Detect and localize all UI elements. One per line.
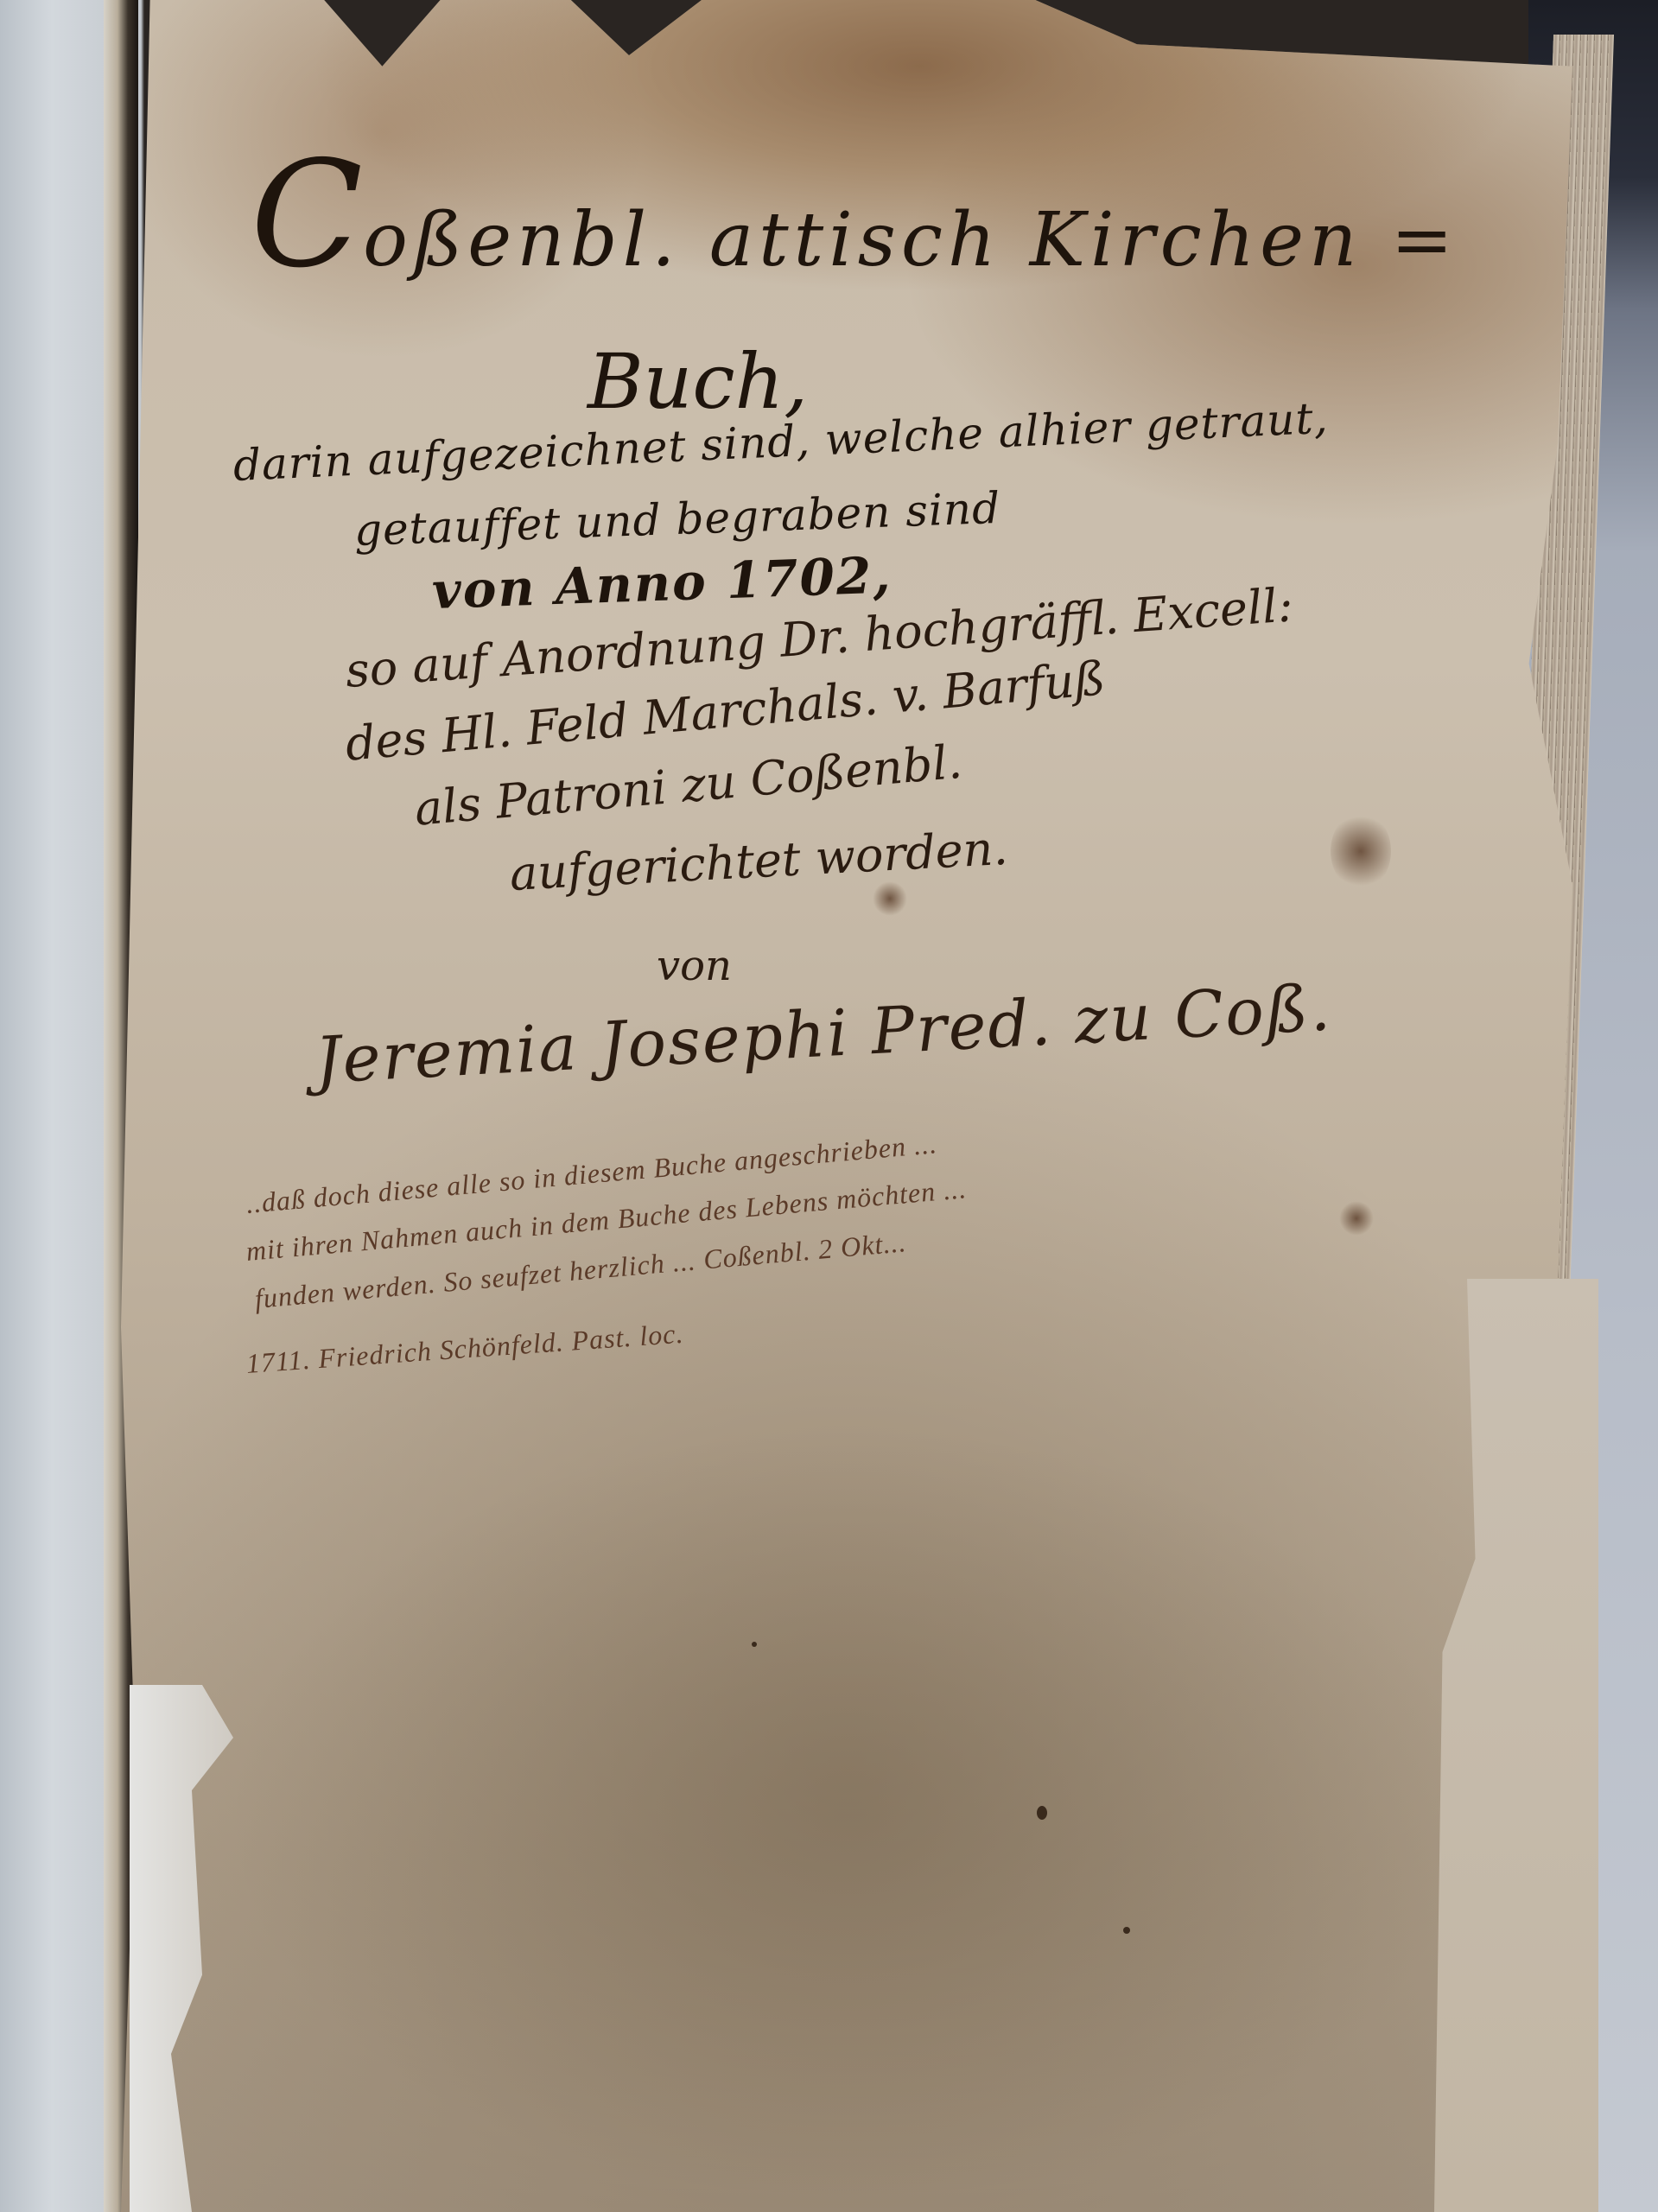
ink-blot bbox=[873, 881, 907, 916]
ink-speck bbox=[752, 1642, 757, 1647]
document-page bbox=[121, 0, 1572, 2212]
title-line-1-text: oßenbl. attisch Kirchen = bbox=[363, 197, 1458, 283]
ink-speck bbox=[1123, 1927, 1130, 1934]
ink-blot bbox=[1339, 1201, 1374, 1236]
ink-speck bbox=[1037, 1806, 1047, 1820]
title-line-2: Buch, bbox=[588, 337, 808, 426]
by-label: von bbox=[657, 942, 732, 990]
title-initial-capital: C bbox=[251, 130, 363, 301]
title-line-1: Coßenbl. attisch Kirchen = bbox=[251, 130, 1458, 301]
stain-spot bbox=[1331, 812, 1391, 890]
